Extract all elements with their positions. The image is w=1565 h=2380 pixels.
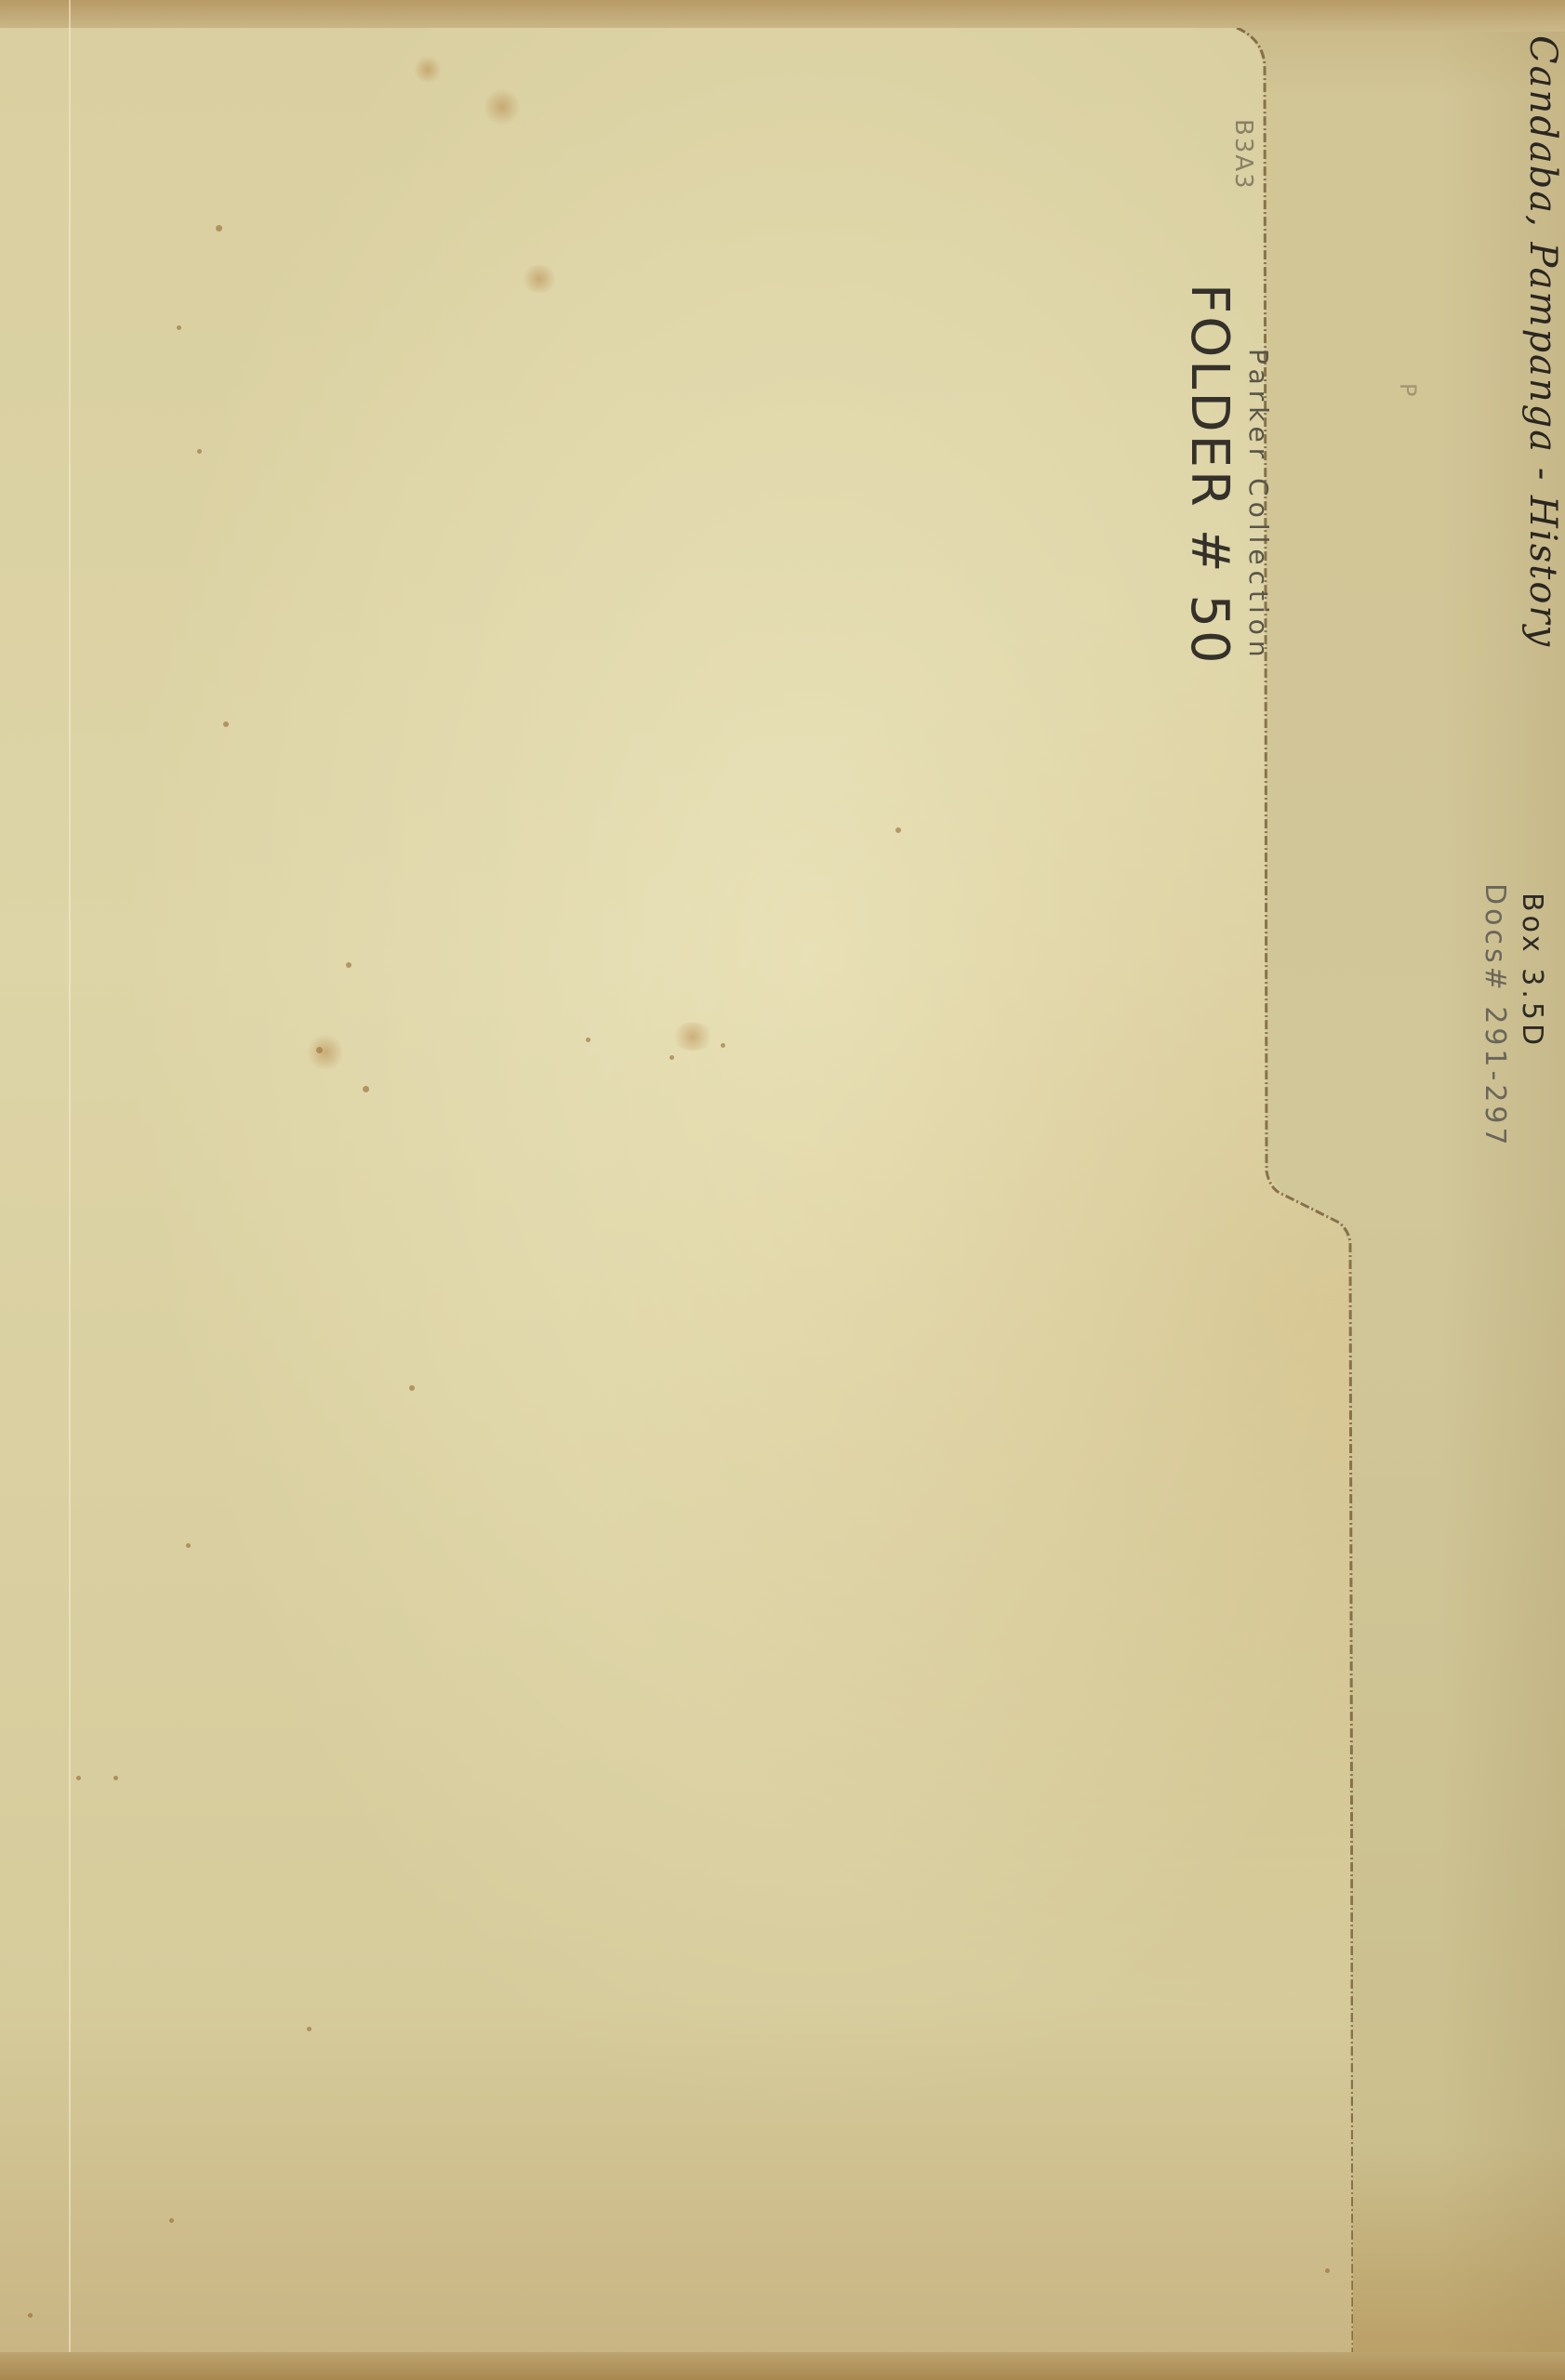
front-folder-cover [0,28,1353,2352]
foxing-spot [409,1385,415,1391]
box-annotation: Box 3.5D [1516,892,1548,1049]
collection-annotation: Parker Collection [1243,349,1274,663]
faint-pencil-mark: P [1395,383,1421,396]
foxing-spot [223,721,229,727]
subject-annotation: Candaba, Pampanga - History [1521,35,1564,648]
corner-pencil-mark: B3A3 [1229,119,1257,191]
foxing-spot [113,1776,118,1780]
foxing-spot [76,1776,81,1780]
foxing-spot [197,449,202,454]
top-shadow-edge [0,0,1565,32]
foxing-spot [177,325,181,330]
fold-crease [69,0,71,2380]
foxing-spot [216,225,222,231]
foxing-spot [186,1543,191,1548]
foxing-spot [721,1043,725,1048]
foxing-spot [169,2218,174,2223]
foxing-stain [484,88,521,126]
foxing-stain [670,1023,716,1051]
foxing-spot [307,2027,312,2031]
foxing-stain [414,56,442,84]
folder-number-annotation: FOLDER # 50 [1179,284,1240,667]
foxing-spot [346,962,351,968]
foxing-spot [586,1038,590,1042]
foxing-spot [28,2313,33,2318]
bottom-shadow-edge [0,2352,1565,2380]
foxing-spot [363,1086,369,1092]
foxing-stain [521,265,558,293]
foxing-spot [670,1055,674,1060]
docs-range-annotation: Docs# 291-297 [1479,883,1511,1149]
foxing-stain [307,1034,344,1071]
foxing-spot [1325,2268,1330,2273]
foxing-spot [895,827,901,833]
